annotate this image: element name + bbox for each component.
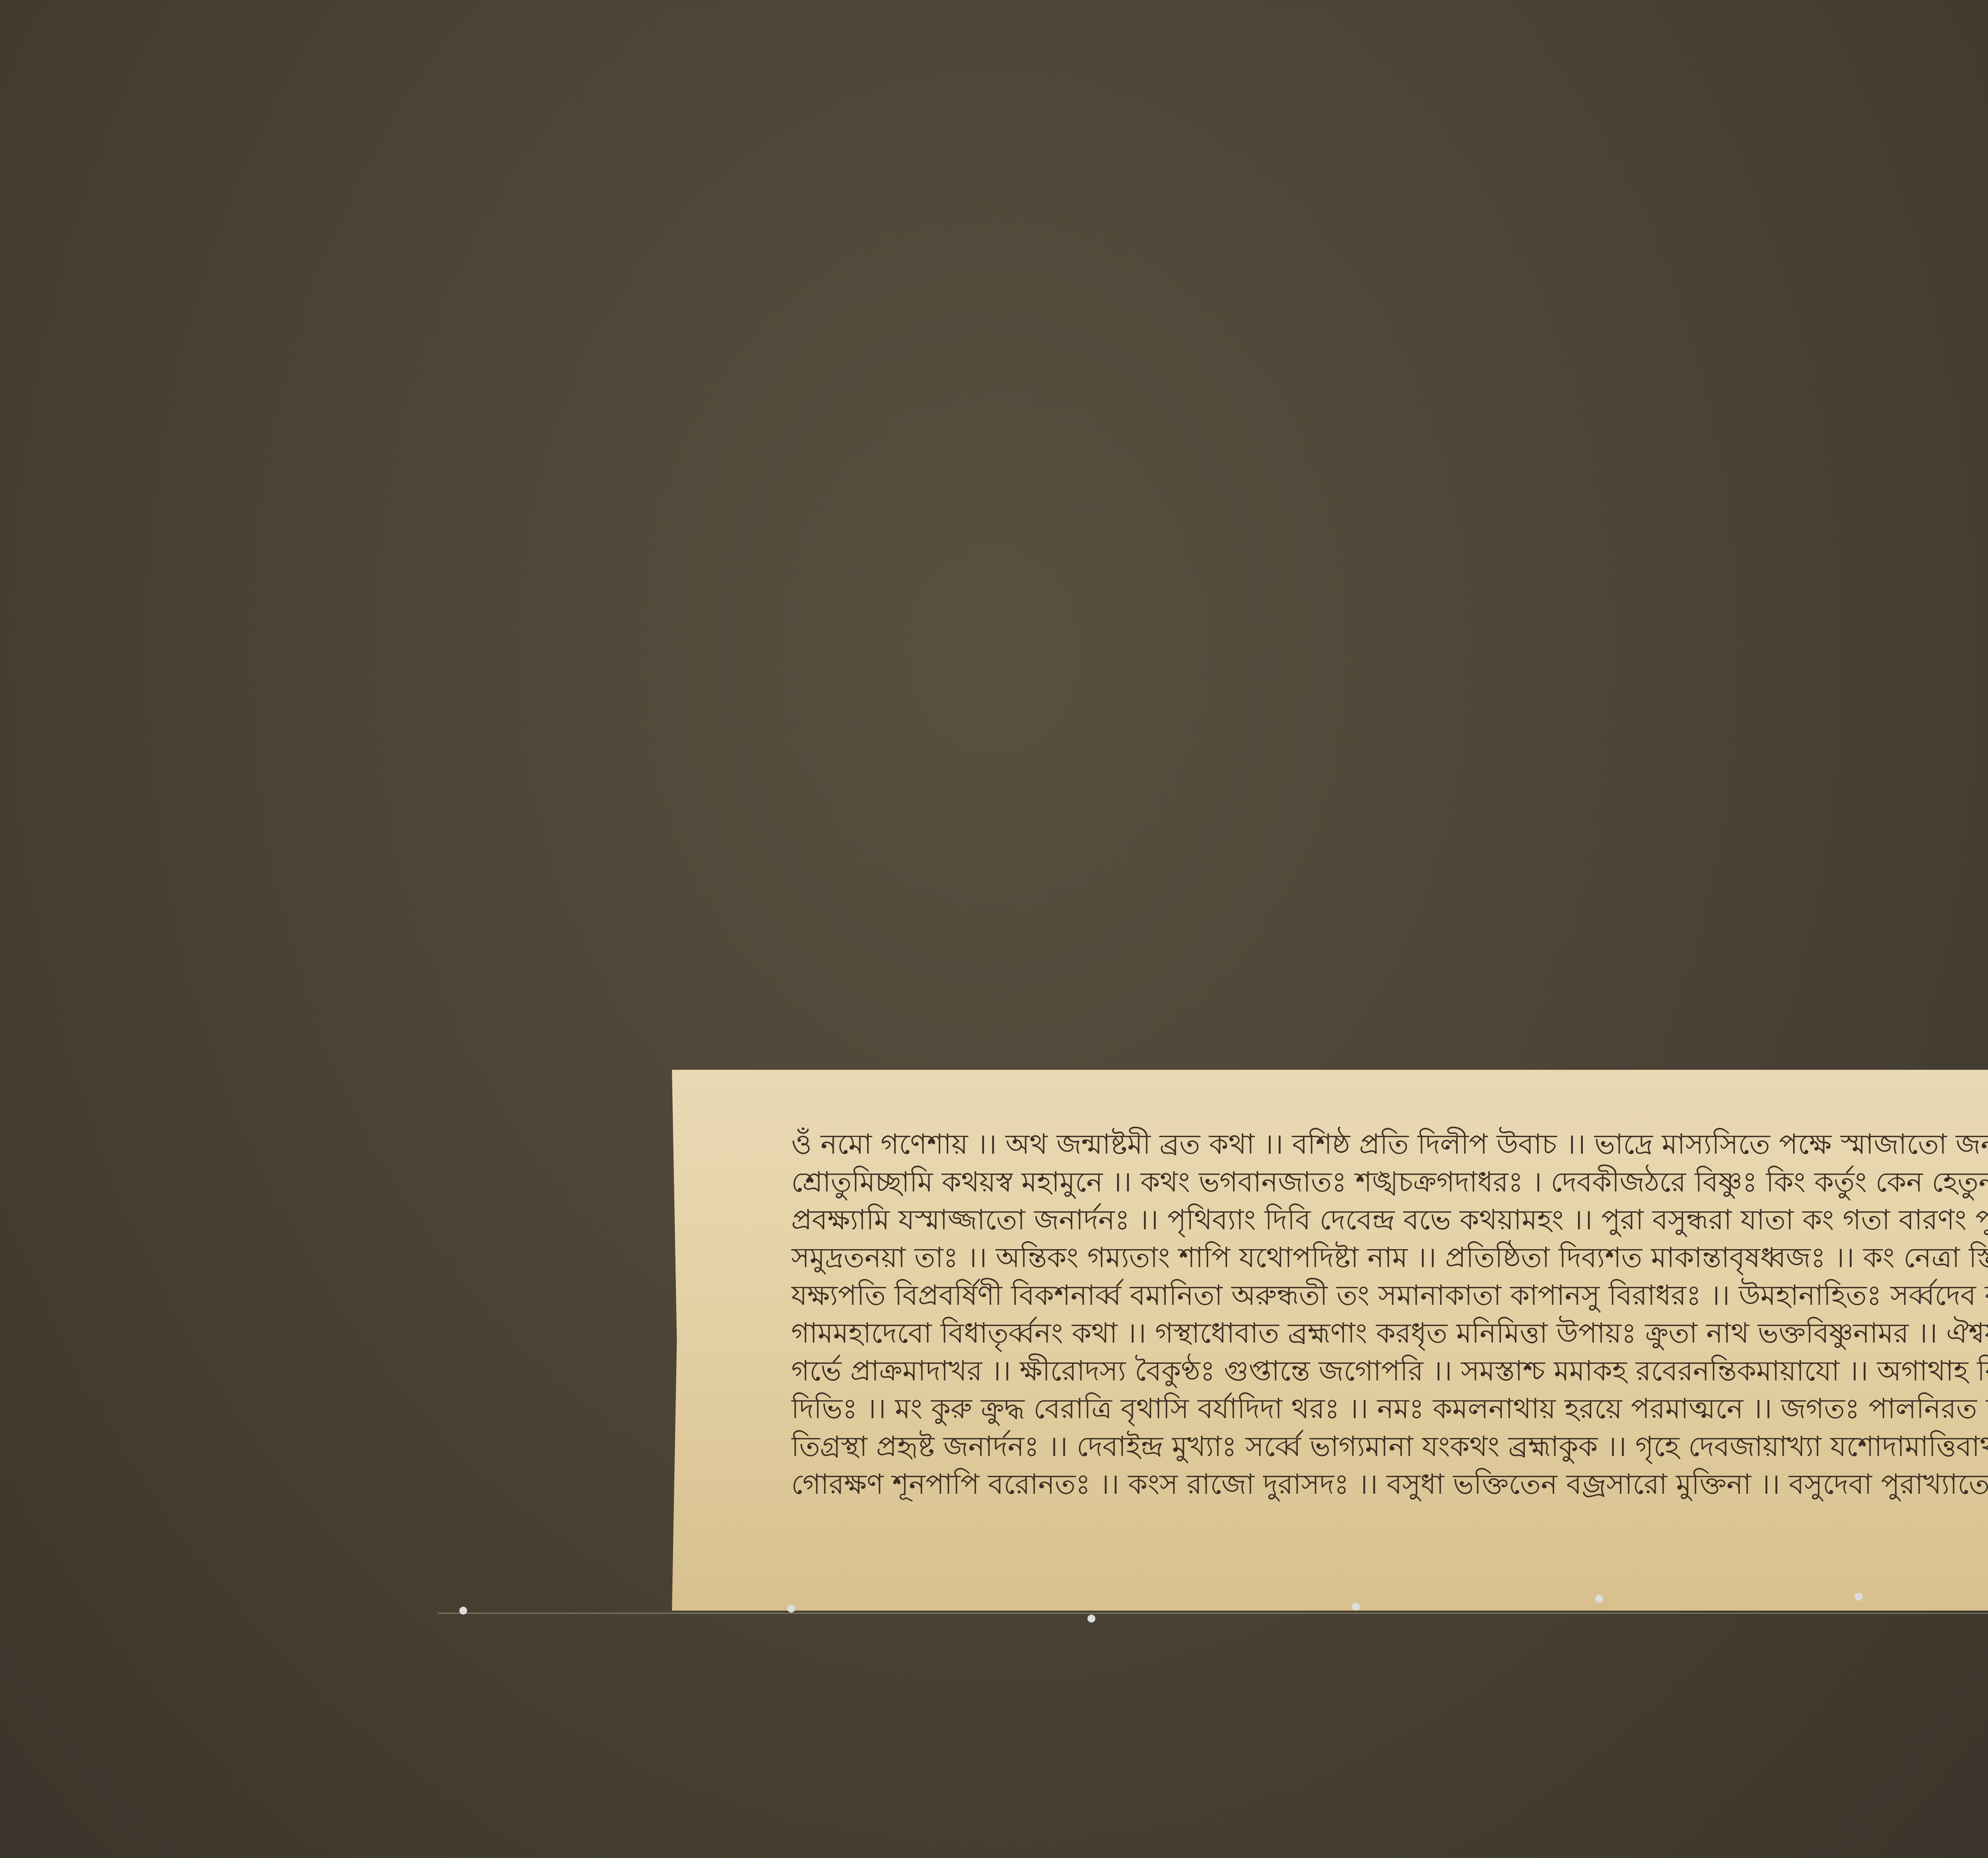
pin-icon	[787, 1605, 795, 1613]
manuscript-page: ওঁ নমো গণেশায় ।। অথ জন্মাষ্টমী ব্রত কথা…	[672, 1070, 1988, 1611]
pin-icon	[1855, 1593, 1863, 1601]
text-line: যক্ষ্যপতি বিপ্রবর্ষিণী বিকশনার্ব্ব বমানি…	[791, 1277, 1988, 1314]
manuscript-text: ওঁ নমো গণেশায় ।। অথ জন্মাষ্টমী ব্রত কথা…	[791, 1125, 1988, 1503]
pin-icon	[459, 1607, 467, 1615]
pin-icon	[1352, 1603, 1360, 1611]
text-line: প্রবক্ষ্যামি যস্মাজ্জাতো জনার্দনঃ ।। পৃথ…	[791, 1201, 1988, 1239]
text-line: শ্রোতুমিচ্ছামি কথয়স্ব মহামুনে ।। কথং ভগ…	[791, 1163, 1988, 1201]
text-line: গামমহাদেবো বিধাতৃর্ব্বনং কথা ।। গস্থাধোব…	[791, 1314, 1988, 1352]
pin-icon	[1595, 1595, 1603, 1603]
pin-icon	[1087, 1615, 1095, 1623]
text-line: গোরক্ষণ শূনপাপি বরোনতঃ ।। কংস রাজো দুরাস…	[791, 1465, 1988, 1503]
text-line: সমুদ্রতনয়া তাঃ ।। অন্তিকং গম্যতাং শাপি …	[791, 1239, 1988, 1277]
text-line: দিভিঃ ।। মং কুরু ক্রুদ্ধ বেরাত্রি বৃথাসি…	[791, 1390, 1988, 1428]
text-line: তিগ্রস্থা প্রহৃষ্ট জনার্দনঃ ।। দেবাইন্দ্…	[791, 1428, 1988, 1465]
text-line: গর্ভে প্রাক্রমাদাখর ।। ক্ষীরোদস্য বৈকুণ্…	[791, 1352, 1988, 1390]
pin-line	[437, 1613, 1988, 1614]
text-line: ওঁ নমো গণেশায় ।। অথ জন্মাষ্টমী ব্রত কথা…	[791, 1125, 1988, 1163]
